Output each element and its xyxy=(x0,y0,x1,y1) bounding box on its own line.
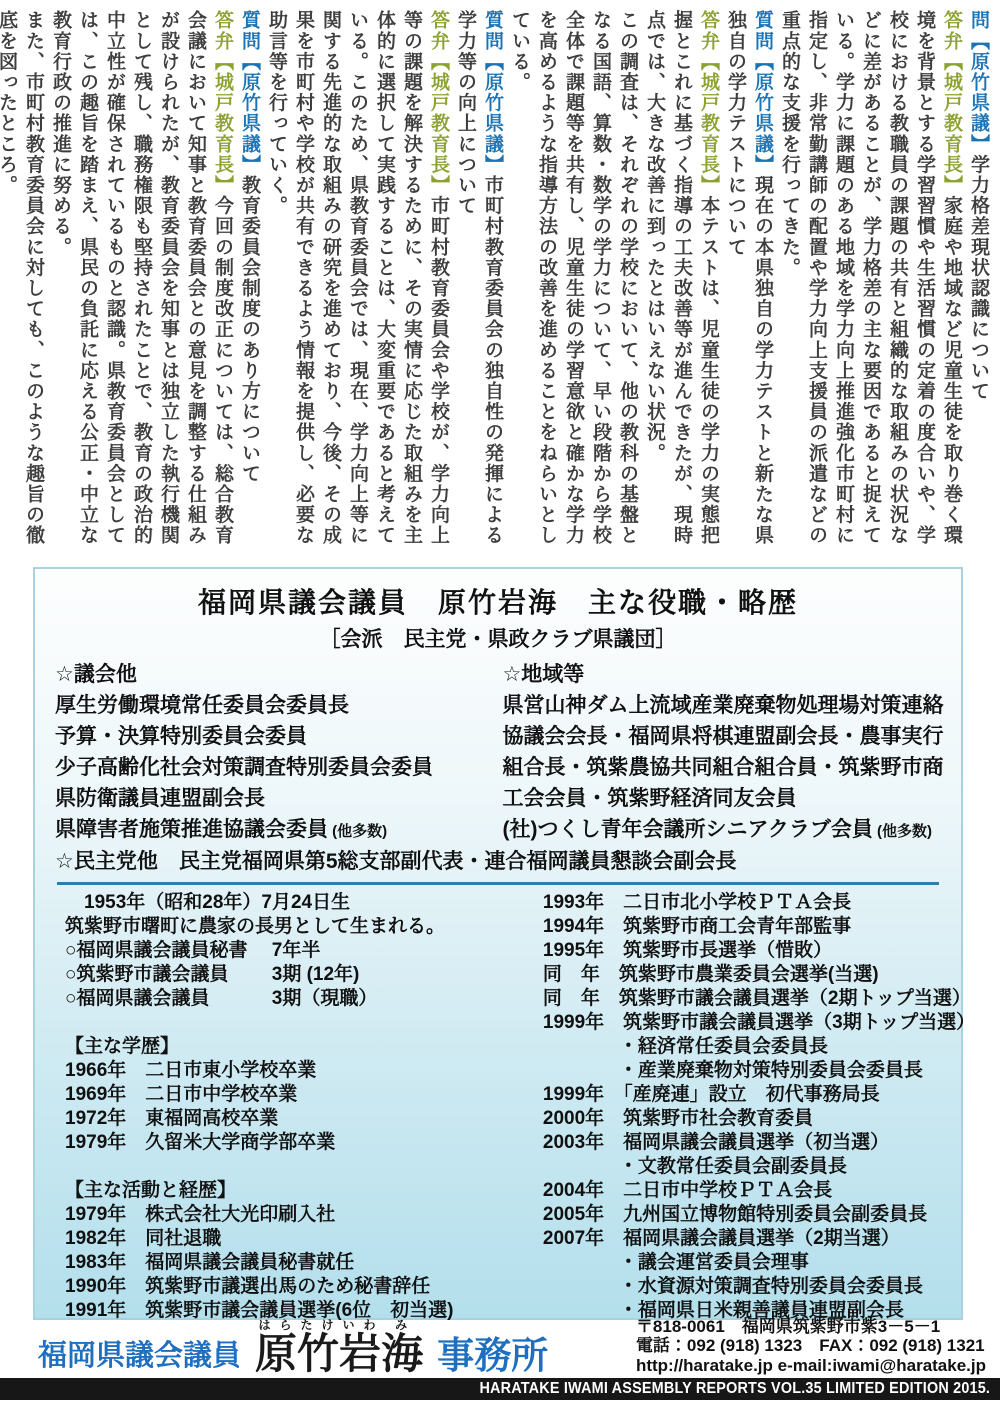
party-role-line: ☆民主党他 民主党福岡県第5総支部副代表・連合福岡議員懇談会副会長 xyxy=(49,847,947,877)
office-name-char: 海み xyxy=(381,1330,423,1377)
history-line: 1999年 「産廃連」設立 初代事務局長 xyxy=(543,1083,947,1107)
role-item: 少子高齢化社会対策調査特別委員会委員 xyxy=(55,752,502,783)
qa-vertical-text: 問【原竹県議】学力格差現状認識について答弁【城戸教育長】家庭や地域など児童生徒を… xyxy=(8,0,1000,560)
role-item-text: 県防衛議員連盟副会長 xyxy=(55,787,265,810)
profile-box: 福岡県議会議員 原竹岩海 主な役職・略歴 ［会派 民主党・県政クラブ県議団］ ☆… xyxy=(33,567,963,1320)
history-line: 筑紫野市曙町に農家の長男として生まれる。 xyxy=(65,915,543,939)
section-divider xyxy=(57,882,939,885)
role-item-text: 県障害者施策推進協議会委員 xyxy=(55,818,328,841)
qa-question-paragraph: 問【原竹県議】学力格差現状認識について xyxy=(965,10,992,560)
role-item: 県防衛議員連盟副会長 xyxy=(55,783,502,814)
qa-answer-paragraph: 答弁【城戸教育長】今回の制度改正については、総合教育会議において知事と教育委員会… xyxy=(47,10,236,560)
office-title-prefix: 福岡県議会議員 xyxy=(38,1342,241,1371)
role-item-text: 少子高齢化社会対策調査特別委員会委員 xyxy=(55,756,433,779)
history-line xyxy=(65,1011,543,1035)
history-line: 2007年 福岡県議会議員選挙（2期当選） xyxy=(543,1227,947,1251)
history-line: 1953年（昭和28年）7月24日生 xyxy=(65,891,543,915)
history-line: 1966年 二日市東小学校卒業 xyxy=(65,1059,543,1083)
qa-answer-paragraph: 答弁【城戸教育長】市町村教育委員会や学校が、学力向上等の課題を解決するために、そ… xyxy=(263,10,452,560)
history-line: 1999年 筑紫野市議会議員選挙（3期トップ当選） xyxy=(543,1011,947,1035)
qa-question-paragraph: 質問【原竹県議】市町村教育委員会の独自性の発揮による学力等の向上について xyxy=(452,10,506,560)
office-title-suffix: 事務所 xyxy=(437,1337,548,1374)
history-right-column: 1993年 二日市北小学校ＰＴＡ会長1994年 筑紫野市商工会青年部監事1995… xyxy=(543,891,947,1371)
history-line: 1983年 福岡県議会議員秘書就任 xyxy=(65,1251,543,1275)
office-name-char: 竹たけ xyxy=(297,1330,339,1377)
history-line: 1972年 東福岡高校卒業 xyxy=(65,1107,543,1131)
profile-box-subtitle: ［会派 民主党・県政クラブ県議団］ xyxy=(49,623,947,653)
roles-right-last-item: (社)つくし青年会議所シニアクラブ会員 (他多数) xyxy=(502,814,947,847)
office-address: 〒818-0061 福岡県筑紫野市紫3－5－1 xyxy=(636,1317,986,1337)
history-left-column: 1953年（昭和28年）7月24日生筑紫野市曙町に農家の長男として生まれる。○福… xyxy=(49,891,543,1371)
office-web-email: http://haratake.jp e-mail:iwami@haratake… xyxy=(636,1356,986,1376)
history-line: 2005年 九州国立博物館特別委員会副委員長 xyxy=(543,1203,947,1227)
roles-right-column: ☆地域等 県営山神ダム上流域産業廃棄物処理場対策連絡協議会会長・福岡県将棋連盟副… xyxy=(502,659,947,847)
roles-left-column: ☆議会他 厚生労働環境常任委員会委員長予算・決算特別委員会委員少子高齢化社会対策… xyxy=(49,659,502,847)
history-line: ○福岡県議会議員秘書 7年半 xyxy=(65,939,543,963)
history-line: ○筑紫野市議会議員 3期 (12年) xyxy=(65,963,543,987)
history-line: 【主な活動と経歴】 xyxy=(65,1179,543,1203)
history-line: 2003年 福岡県議会議員選挙（初当選） xyxy=(543,1131,947,1155)
history-line: 1994年 筑紫野市商工会青年部監事 xyxy=(543,915,947,939)
history-line: ・経済常任委員会委員長 xyxy=(543,1035,947,1059)
history-section: 1953年（昭和28年）7月24日生筑紫野市曙町に農家の長男として生まれる。○福… xyxy=(49,891,947,1371)
qa-question-paragraph: 質問【原竹県議】現在の本県独自の学力テストと新たな県独自の学力テストについて xyxy=(722,10,776,560)
role-item-note: (他多数) xyxy=(328,823,387,840)
qa-answer-paragraph: この調査は、それぞれの学校において、他の教科の基盤となる国語、算数・数学の学力に… xyxy=(506,10,641,560)
history-line: 同 年 筑紫野市議会議員選挙（2期トップ当選） xyxy=(543,987,947,1011)
office-footer: 福岡県議会議員 原はら竹たけ岩いわ海み 事務所 〒818-0061 福岡県筑紫野… xyxy=(0,1322,1000,1378)
roles-right-paragraph: 県営山神ダム上流域産業廃棄物処理場対策連絡協議会会長・福岡県将棋連盟副会長・農事… xyxy=(502,690,947,814)
history-line: 2004年 二日市中学校ＰＴＡ会長 xyxy=(543,1179,947,1203)
qa-answer-paragraph: 答弁【城戸教育長】本テストは、児童生徒の学力の実態把握とこれに基づく指導の工夫改… xyxy=(641,10,722,560)
answer-label: 答弁【城戸教育長】 xyxy=(698,10,719,195)
role-item: 県障害者施策推進協議会委員 (他多数) xyxy=(55,814,502,847)
history-line: 1995年 筑紫野市長選挙（惜敗） xyxy=(543,939,947,963)
history-line: 1969年 二日市中学校卒業 xyxy=(65,1083,543,1107)
history-line: 2000年 筑紫野市社会教育委員 xyxy=(543,1107,947,1131)
history-line: 1979年 久留米大学商学部卒業 xyxy=(65,1131,543,1155)
history-line: 1993年 二日市北小学校ＰＴＡ会長 xyxy=(543,891,947,915)
role-item: 厚生労働環境常任委員会委員長 xyxy=(55,690,502,721)
answer-text: 市町村教育委員会や学校が、学力向上等の課題を解決するために、その実情に応じた取組… xyxy=(266,10,449,546)
history-line xyxy=(65,1155,543,1179)
role-item: 予算・決算特別委員会委員 xyxy=(55,721,502,752)
question-label: 質問【原竹県議】 xyxy=(239,10,260,175)
history-line: 1982年 同社退職 xyxy=(65,1227,543,1251)
qa-question-paragraph: 質問【原竹県議】教育委員会制度のあり方について xyxy=(236,10,263,560)
office-name-char: 岩いわ xyxy=(339,1330,381,1377)
profile-box-title: 福岡県議会議員 原竹岩海 主な役職・略歴 xyxy=(49,581,947,621)
answer-label: 答弁【城戸教育長】 xyxy=(428,10,449,195)
question-label: 質問【原竹県議】 xyxy=(752,10,773,175)
answer-text: 今回の制度改正については、総合教育会議において知事と教育委員会との意見を調整する… xyxy=(50,10,233,546)
answer-label: 答弁【城戸教育長】 xyxy=(212,10,233,195)
question-label: 質問【原竹県議】 xyxy=(482,10,503,175)
history-line: 同 年 筑紫野市農業委員会選挙(当選) xyxy=(543,963,947,987)
role-item-text: 厚生労働環境常任委員会委員長 xyxy=(55,694,349,717)
answer-text: また、市町村教育委員会に対しても、このような趣旨の徹底を図ったところ。 xyxy=(0,10,44,546)
history-line: 1979年 株式会社大光印刷入社 xyxy=(65,1203,543,1227)
newsletter-page: { "colors": { "question_blue": "#1b73b4"… xyxy=(0,0,1000,1415)
history-line: ・水資源対策調査特別委員会委員長 xyxy=(543,1275,947,1299)
answer-label: 答弁【城戸教育長】 xyxy=(941,10,962,195)
role-item-text: (社)つくし青年会議所シニアクラブ会員 xyxy=(502,818,872,841)
qa-answer-paragraph: また、市町村教育委員会に対しても、このような趣旨の徹底を図ったところ。 xyxy=(0,10,47,560)
roles-left-items: 厚生労働環境常任委員会委員長予算・決算特別委員会委員少子高齢化社会対策調査特別委… xyxy=(55,690,502,847)
office-name-char: 原はら xyxy=(255,1330,297,1377)
office-name: 原はら竹たけ岩いわ海み xyxy=(255,1318,423,1375)
office-contact: 〒818-0061 福岡県筑紫野市紫3－5－1 電話：092 (918) 132… xyxy=(636,1317,986,1376)
office-phone-fax: 電話：092 (918) 1323 FAX：092 (918) 1321 xyxy=(636,1336,986,1356)
history-line: 【主な学歴】 xyxy=(65,1035,543,1059)
roles-right-header: ☆地域等 xyxy=(502,659,947,690)
history-line: 1990年 筑紫野市議選出馬のため秘書辞任 xyxy=(65,1275,543,1299)
answer-text: 家庭や地域など児童生徒を取り巻く環境を背景とする学習習慣や生活習慣の定着の度合い… xyxy=(779,10,962,546)
role-item-note: (他多数) xyxy=(873,823,932,840)
history-line: ・産業廃棄物対策特別委員会委員長 xyxy=(543,1059,947,1083)
question-label: 問【原竹県議】 xyxy=(968,10,989,154)
roles-left-header: ☆議会他 xyxy=(55,659,502,690)
qa-answer-paragraph: 答弁【城戸教育長】家庭や地域など児童生徒を取り巻く環境を背景とする学習習慣や生活… xyxy=(776,10,965,560)
question-title: 教育委員会制度のあり方について xyxy=(239,175,260,484)
edition-bar: HARATAKE IWAMI ASSEMBLY REPORTS VOL.35 L… xyxy=(0,1378,1000,1400)
history-line: ・文教常任委員会副委員長 xyxy=(543,1155,947,1179)
office-title: 福岡県議会議員 原はら竹たけ岩いわ海み 事務所 xyxy=(38,1318,548,1375)
history-line: ○福岡県議会議員 3期（現職） xyxy=(65,987,543,1011)
answer-text: この調査は、それぞれの学校において、他の教科の基盤となる国語、算数・数学の学力に… xyxy=(509,10,638,546)
edition-bar-text: HARATAKE IWAMI ASSEMBLY REPORTS VOL.35 L… xyxy=(479,1378,990,1400)
history-line: ・議会運営委員会理事 xyxy=(543,1251,947,1275)
roles-section: ☆議会他 厚生労働環境常任委員会委員長予算・決算特別委員会委員少子高齢化社会対策… xyxy=(49,659,947,847)
question-title: 学力格差現状認識について xyxy=(968,154,989,401)
role-item-text: 予算・決算特別委員会委員 xyxy=(55,725,307,748)
